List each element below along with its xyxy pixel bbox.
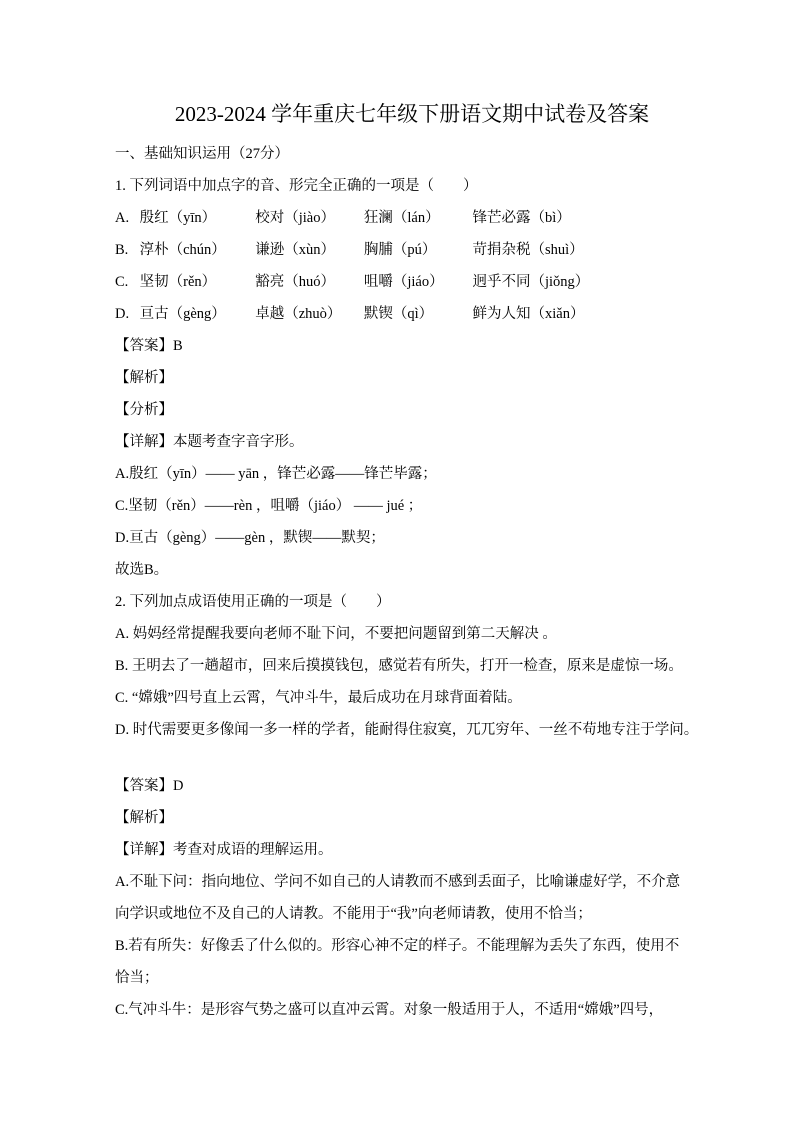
q2-detail-line: 恰当； (115, 962, 709, 994)
q1-option-row-a: A. 殷红（yīn） 校对（jiào） 狂澜（lán） 锋芒必露（bì） (115, 202, 709, 234)
option-word: 卓越（zhuò） (255, 298, 360, 330)
q1-detail-line: C.坚韧（rěn）——rèn ，咀嚼（jiáo） —— jué ； (115, 490, 709, 522)
q2-answer-line: 【答案】D (115, 770, 709, 802)
option-word: 校对（jiào） (255, 202, 360, 234)
q2-jiexi-label: 【解析】 (115, 802, 709, 834)
q1-detail-line: D.亘古（gèng）——gèn ，默锲——默契； (115, 522, 709, 554)
option-label: D. (115, 298, 136, 330)
option-word: 默锲（qì） (364, 298, 469, 330)
option-word: 苛捐杂税（shuì） (473, 234, 584, 266)
option-word: 殷红（yīn） (140, 202, 252, 234)
option-word: 谦逊（xùn） (255, 234, 360, 266)
option-word: 锋芒必露（bì） (473, 202, 571, 234)
page-title: 2023-2024 学年重庆七年级下册语文期中试卷及答案 (115, 99, 709, 129)
section-heading: 一、基础知识运用（27分） (115, 138, 709, 170)
q1-stem: 1. 下列词语中加点字的音、形完全正确的一项是（ ） (115, 170, 709, 202)
option-word: 鲜为人知（xiǎn） (473, 298, 585, 330)
q1-option-row-d: D. 亘古（gèng） 卓越（zhuò） 默锲（qì） 鲜为人知（xiǎn） (115, 298, 709, 330)
q2-option-c: C. “嫦娥”四号直上云霄，气冲斗牛，最后成功在月球背面着陆。 (115, 682, 709, 714)
q1-option-row-b: B. 淳朴（chún） 谦逊（xùn） 胸脯（pú） 苛捐杂税（shuì） (115, 234, 709, 266)
option-word: 坚韧（rěn） (140, 266, 252, 298)
option-label: A. (115, 202, 136, 234)
q2-detail-line: 【详解】考查对成语的理解运用。 (115, 834, 709, 866)
q2-option-d: D. 时代需要更多像闻一多一样的学者，能耐得住寂寞，兀兀穷年、一丝不苟地专注于学… (115, 714, 709, 746)
q1-conclusion-line: 故选B。 (115, 554, 709, 586)
option-word: 淳朴（chún） (140, 234, 252, 266)
exam-document-page: 2023-2024 学年重庆七年级下册语文期中试卷及答案 一、基础知识运用（27… (0, 0, 794, 1123)
option-word: 咀嚼（jiáo） (364, 266, 469, 298)
q1-jiexi-label: 【解析】 (115, 362, 709, 394)
option-word: 亘古（gèng） (140, 298, 252, 330)
q2-detail-line: B.若有所失：好像丢了什么似的。形容心神不定的样子。不能理解为丢失了东西，使用不 (115, 930, 709, 962)
q2-stem: 2. 下列加点成语使用正确的一项是（ ） (115, 586, 709, 618)
q2-detail-line: A.不耻下问：指向地位、学问不如自己的人请教而不感到丢面子，比喻谦虚好学，不介意 (115, 866, 709, 898)
option-word: 狂澜（lán） (364, 202, 469, 234)
q1-detail-line: 【详解】本题考查字音字形。 (115, 426, 709, 458)
q1-fenxi-label: 【分析】 (115, 394, 709, 426)
q1-detail-line: A.殷红（yīn）—— yān ，锋芒必露——锋芒毕露； (115, 458, 709, 490)
q1-option-row-c: C. 坚韧（rěn） 豁亮（huó） 咀嚼（jiáo） 迥乎不同（jiǒng） (115, 266, 709, 298)
option-word: 胸脯（pú） (364, 234, 469, 266)
q2-detail-line: 向学识或地位不及自己的人请教。不能用于“我”向老师请教，使用不恰当； (115, 898, 709, 930)
option-label: C. (115, 266, 136, 298)
option-word: 豁亮（huó） (255, 266, 360, 298)
option-label: B. (115, 234, 136, 266)
q2-option-b: B. 王明去了一趟超市，回来后摸摸钱包，感觉若有所失，打开一检查，原来是虚惊一场… (115, 650, 709, 682)
q1-answer-line: 【答案】B (115, 330, 709, 362)
q2-detail-line: C.气冲斗牛：是形容气势之盛可以直冲云霄。对象一般适用于人，不适用“嫦娥”四号， (115, 994, 709, 1026)
option-word: 迥乎不同（jiǒng） (473, 266, 590, 298)
q2-option-a: A. 妈妈经常提醒我要向老师不耻下问，不要把问题留到第二天解决 。 (115, 618, 709, 650)
document-content: 2023-2024 学年重庆七年级下册语文期中试卷及答案 一、基础知识运用（27… (0, 0, 794, 1026)
